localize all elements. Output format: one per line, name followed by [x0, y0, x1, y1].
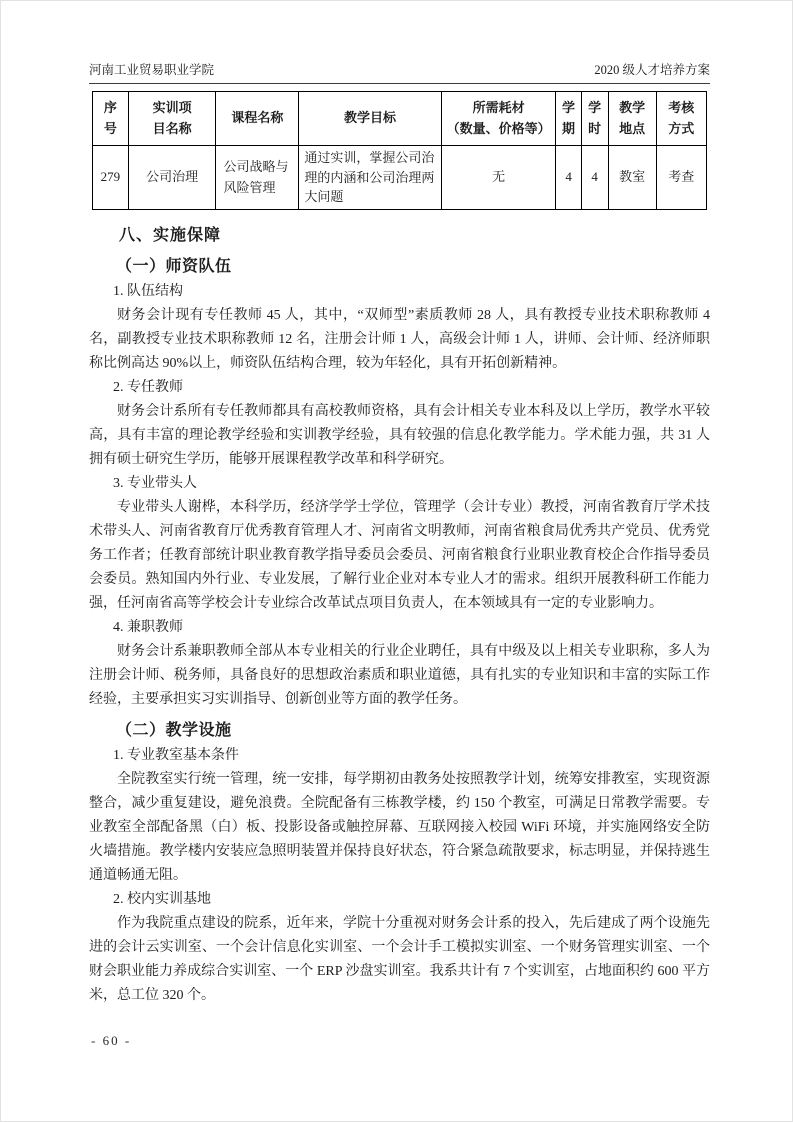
item-heading: 4. 兼职教师: [89, 616, 710, 640]
table-header-cell: 所需耗材 （数量、价格等）: [441, 92, 556, 146]
table-header-cell: 序 号: [93, 92, 129, 146]
table-header-cell: 考核 方式: [656, 92, 706, 146]
header-school-name: 河南工业贸易职业学院: [89, 61, 214, 79]
paragraph: 财务会计系兼职教师全部从本专业相关的行业企业聘任，具有中级及以上相关专业职称，多…: [89, 640, 710, 712]
document-body: 八、实施保障（一）师资队伍1. 队伍结构财务会计现有专任教师 45 人，其中，“…: [89, 224, 710, 1008]
table-cell: 无: [441, 146, 556, 210]
table-cell: 通过实训，掌握公司治理的内涵和公司治理两大问题: [299, 146, 441, 210]
training-course-table: 序 号实训项 目名称课程名称教学目标所需耗材 （数量、价格等）学 期学 时教学 …: [92, 91, 707, 210]
subsection-heading: （一）师资队伍: [89, 254, 710, 280]
item-heading: 3. 专业带头人: [89, 472, 710, 496]
item-heading: 2. 校内实训基地: [89, 888, 710, 912]
table-cell: 279: [93, 146, 129, 210]
table-cell: 4: [581, 146, 608, 210]
item-heading: 1. 队伍结构: [89, 280, 710, 304]
table-header-cell: 实训项 目名称: [128, 92, 216, 146]
table-cell: 考查: [656, 146, 706, 210]
table-header-cell: 学 期: [556, 92, 581, 146]
paragraph: 作为我院重点建设的院系，近年来，学院十分重视对财务会计系的投入，先后建成了两个设…: [89, 912, 710, 1008]
table-cell: 教室: [608, 146, 656, 210]
table-header-cell: 课程名称: [216, 92, 299, 146]
paragraph: 专业带头人谢桦，本科学历，经济学学士学位，管理学（会计专业）教授，河南省教育厅学…: [89, 496, 710, 616]
table-cell: 公司战略与风险管理: [216, 146, 299, 210]
paragraph: 全院教室实行统一管理，统一安排，每学期初由教务处按照教学计划，统筹安排教室，实现…: [89, 768, 710, 888]
table-cell: 4: [556, 146, 581, 210]
table-header-row: 序 号实训项 目名称课程名称教学目标所需耗材 （数量、价格等）学 期学 时教学 …: [93, 92, 707, 146]
page-footer: - 60 -: [91, 1033, 131, 1049]
paragraph: 财务会计现有专任教师 45 人，其中，“双师型”素质教师 28 人，具有教授专业…: [89, 304, 710, 376]
table-header-cell: 学 时: [581, 92, 608, 146]
page-number: - 60 -: [91, 1033, 131, 1048]
item-heading: 1. 专业教室基本条件: [89, 744, 710, 768]
paragraph: 财务会计系所有专任教师都具有高校教师资格，具有会计相关专业本科及以上学历，教学水…: [89, 400, 710, 472]
table-cell: 公司治理: [128, 146, 216, 210]
header-plan-title: 2020 级人才培养方案: [594, 61, 710, 79]
table-row: 279公司治理公司战略与风险管理通过实训，掌握公司治理的内涵和公司治理两大问题无…: [93, 146, 707, 210]
table-header-cell: 教学 地点: [608, 92, 656, 146]
document-page: 河南工业贸易职业学院 2020 级人才培养方案 序 号实训项 目名称课程名称教学…: [0, 0, 793, 1122]
subsection-heading: （二）教学设施: [89, 718, 710, 744]
section-heading: 八、实施保障: [89, 224, 710, 248]
page-header: 河南工业贸易职业学院 2020 级人才培养方案: [89, 61, 710, 84]
table-header-cell: 教学目标: [299, 92, 441, 146]
item-heading: 2. 专任教师: [89, 376, 710, 400]
